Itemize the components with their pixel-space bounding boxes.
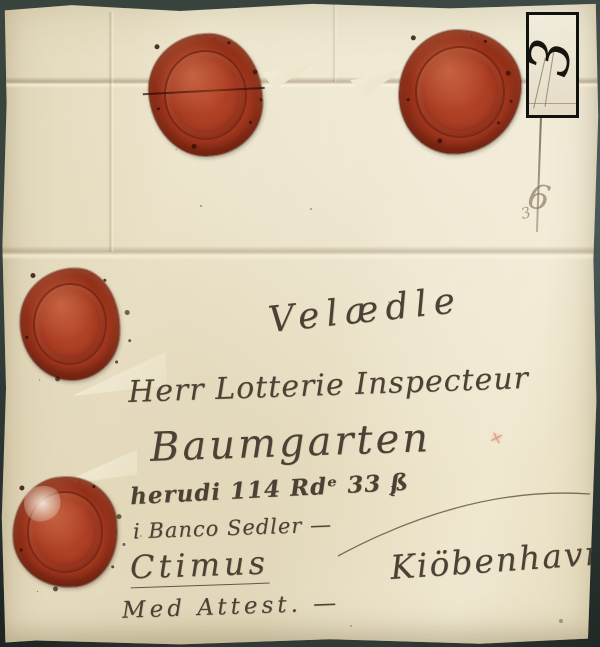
paper-fold-flap xyxy=(350,70,402,96)
wax-seal-top-right xyxy=(397,28,523,156)
inset-crease-line xyxy=(529,103,576,104)
wax-seal-middle-left xyxy=(17,265,123,382)
handwritten-attest-notation: Med Attest. — xyxy=(122,590,341,624)
faded-red-crayon-mark: × xyxy=(487,426,506,448)
paper-fold-flap xyxy=(263,64,313,90)
handwritten-addressee-title: Herr Lotterie Inspecteur xyxy=(128,361,530,410)
seal-light-patch xyxy=(20,481,66,526)
fold-crease-vertical-left xyxy=(108,12,114,252)
handwritten-addressee-name: Baumgarten xyxy=(149,415,431,471)
seal-crack-line xyxy=(143,87,265,95)
wax-seal-bottom-left xyxy=(11,475,119,589)
highlight-inset-box: 3 xyxy=(526,12,579,118)
handwritten-destination-city: Kiöbenhavn, xyxy=(389,532,600,587)
fold-crease-middle xyxy=(0,246,600,260)
handwritten-value-notation: herudi 114 Rdᵉ 33 ß xyxy=(129,469,409,511)
underlined-word: Ctimus xyxy=(129,544,269,589)
letter-paper: Velædle Herr Lotterie Inspecteur Baumgar… xyxy=(0,0,600,647)
handwritten-currency-notation: i Banco Sedler — xyxy=(133,513,333,544)
handwritten-honorific: Velædle xyxy=(266,280,463,341)
handwritten-stray-letter: i xyxy=(390,477,396,501)
handwritten-underlined-notation: Ctimus xyxy=(129,544,269,587)
magnified-rate-numeral: 3 xyxy=(526,22,579,92)
foxing-specks xyxy=(200,205,202,207)
wax-seal-top-left xyxy=(145,30,266,160)
fold-crease-vertical-top xyxy=(332,2,337,82)
